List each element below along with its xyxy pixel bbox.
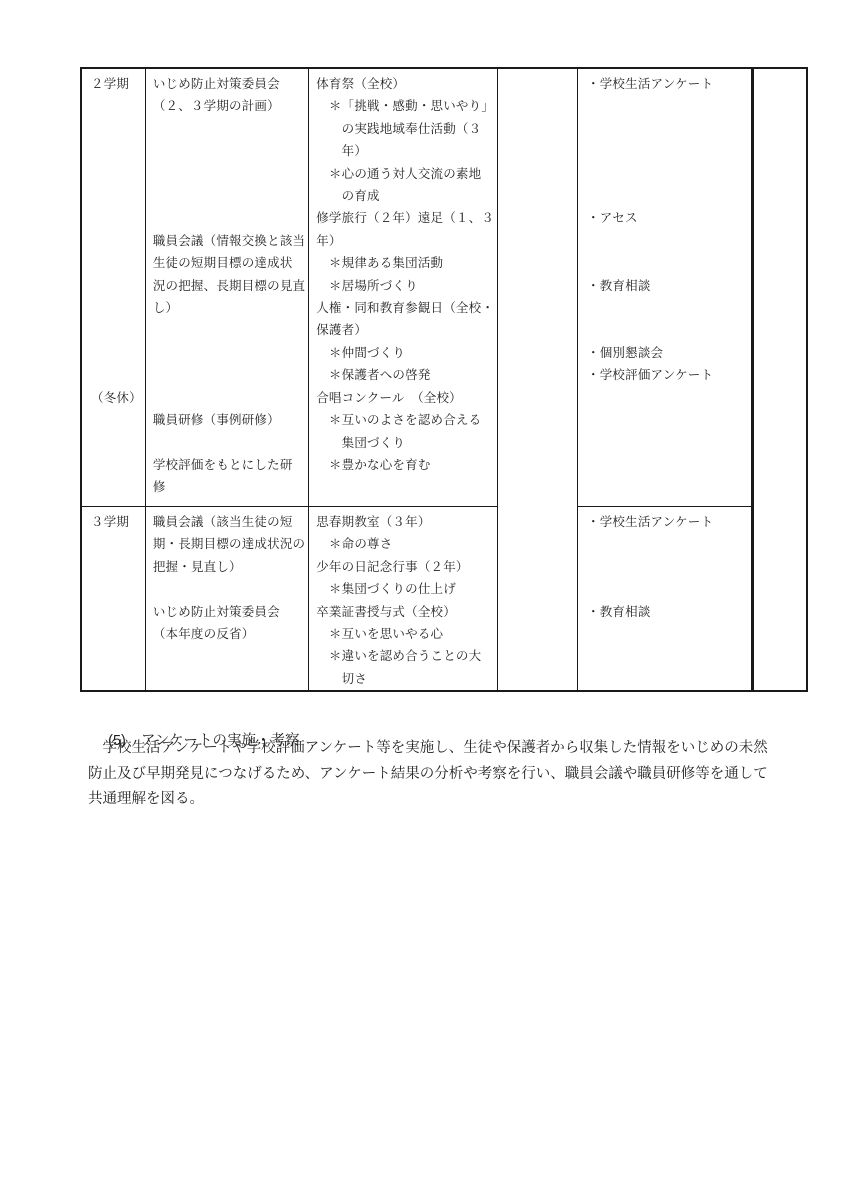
term3-meetings-text: 職員会議（該当生徒の短 期・長期目標の達成状況の 把握・見直し） いじめ防止対策… [153,511,305,645]
cell-empty-column-1 [498,68,578,691]
document-page: ２学期 （冬休） いじめ防止対策委員会 （２、３学期の計画） 職員会議（情報交換… [0,0,849,1200]
term3-label: ３学期 [89,511,142,533]
cell-term2-label: ２学期 （冬休） [81,68,145,507]
section-body-paragraph: 学校生活アンケートや学校評価アンケート等を実施し、生徒や保護者から収集した情報を… [88,736,780,813]
cell-term2-activities: 体育祭（全校） ＊「挑戦・感動・思いやり」 の実践地域奉仕活動（３ 年） ＊心の… [309,68,498,507]
term3-surveys-text: ・学校生活アンケート ・教育相談 [585,511,748,623]
term2-activities-text: 体育祭（全校） ＊「挑戦・感動・思いやり」 の実践地域奉仕活動（３ 年） ＊心の… [316,73,494,476]
cell-term3-surveys: ・学校生活アンケート ・教育相談 [578,507,753,692]
term3-activities-text: 思春期教室（３年） ＊命の尊さ 少年の日記念行事（２年） ＊集団づくりの仕上げ … [316,511,494,690]
cell-term3-activities: 思春期教室（３年） ＊命の尊さ 少年の日記念行事（２年） ＊集団づくりの仕上げ … [309,507,498,692]
cell-term3-label: ３学期 [81,507,145,692]
yearly-plan-table: ２学期 （冬休） いじめ防止対策委員会 （２、３学期の計画） 職員会議（情報交換… [80,67,808,692]
term2-surveys-text: ・学校生活アンケート ・アセス ・教育相談 ・個別懇談会 ・学校評価アンケート [585,73,748,387]
cell-term2-meetings: いじめ防止対策委員会 （２、３学期の計画） 職員会議（情報交換と該当 生徒の短期… [145,68,308,507]
term2-meetings-text: いじめ防止対策委員会 （２、３学期の計画） 職員会議（情報交換と該当 生徒の短期… [153,73,305,499]
cell-term2-surveys: ・学校生活アンケート ・アセス ・教育相談 ・個別懇談会 ・学校評価アンケート [578,68,753,507]
cell-term3-meetings: 職員会議（該当生徒の短 期・長期目標の達成状況の 把握・見直し） いじめ防止対策… [145,507,308,692]
table-row-term2: ２学期 （冬休） いじめ防止対策委員会 （２、３学期の計画） 職員会議（情報交換… [81,68,807,507]
term2-label: ２学期 （冬休） [89,73,142,409]
table-row-term3: ３学期 職員会議（該当生徒の短 期・長期目標の達成状況の 把握・見直し） いじめ… [81,507,807,692]
cell-empty-column-2 [753,68,807,691]
